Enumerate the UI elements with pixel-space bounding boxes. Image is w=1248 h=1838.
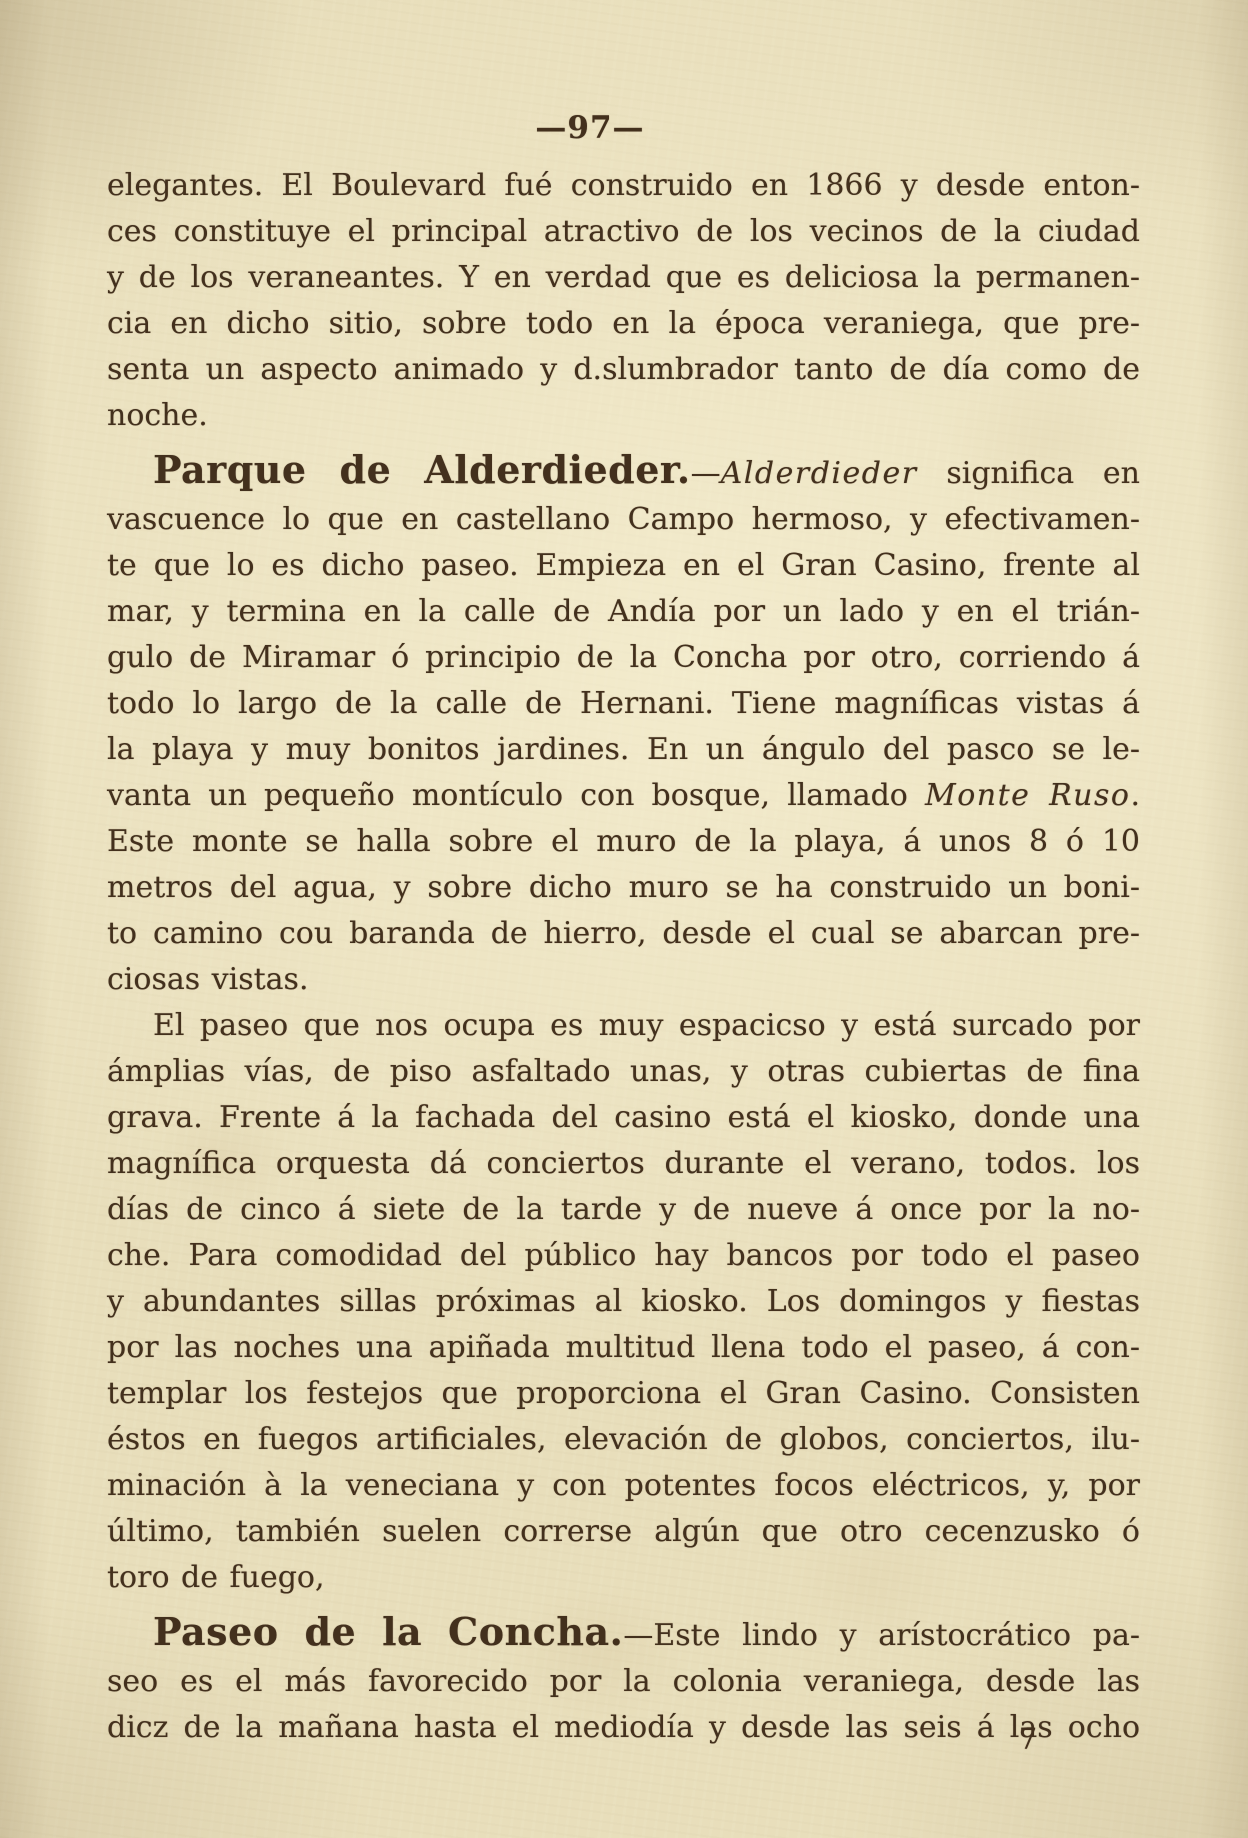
text-line: todo lo largo de la calle de Hernani. Ti…: [107, 681, 1140, 727]
text-line: y de los veraneantes. Y en verdad que es…: [107, 255, 1140, 301]
page-number: —97—: [0, 110, 1180, 146]
text-line: vascuence lo que en castellano Campo her…: [107, 497, 1140, 543]
text-line: Este monte se halla sobre el muro de la …: [107, 819, 1140, 865]
signature-mark: 7: [1008, 1722, 1048, 1756]
body-text: metros del agua, y sobre dicho muro se h…: [107, 870, 1140, 905]
text-line: seo es el más favorecido por la colonia …: [107, 1659, 1140, 1705]
body-text: templar los festejos que proporciona el …: [107, 1376, 1140, 1411]
body-text: —: [691, 456, 721, 491]
italic-text: Alderdieder: [721, 456, 918, 491]
text-line: por las noches una apiñada multitud llen…: [107, 1325, 1140, 1371]
body-text: El paseo que nos ocupa es muy espacicso …: [153, 1008, 1140, 1043]
body-text: Este monte se halla sobre el muro de la …: [107, 824, 1140, 859]
text-line: último, también suelen correrse algún qu…: [107, 1509, 1140, 1555]
book-page: —97— elegantes. El Boulevard fué constru…: [0, 0, 1248, 1838]
paragraph: Parque de Alderdieder.—Alderdieder signi…: [107, 447, 1140, 1003]
text-line: grava. Frente á la fachada del casino es…: [107, 1095, 1140, 1141]
body-text: .: [1130, 778, 1140, 813]
body-text: magnífica orquesta dá conciertos durante…: [107, 1146, 1140, 1181]
body-text: minación à la veneciana y con potentes f…: [107, 1468, 1140, 1503]
body-text: noche.: [107, 398, 208, 433]
body-text: grava. Frente á la fachada del casino es…: [107, 1100, 1140, 1135]
paragraph: elegantes. El Boulevard fué construido e…: [107, 163, 1140, 439]
heading-text: Paseo de la Concha.: [153, 1609, 623, 1654]
text-line: minación à la veneciana y con potentes f…: [107, 1463, 1140, 1509]
text-line: noche.: [107, 393, 1140, 439]
text-line: che. Para comodidad del público hay banc…: [107, 1233, 1140, 1279]
body-text: vascuence lo que en castellano Campo her…: [107, 502, 1140, 537]
text-line: senta un aspecto animado y d.slumbrador …: [107, 347, 1140, 393]
paragraph: Paseo de la Concha.—Este lindo y arístoc…: [107, 1609, 1140, 1751]
body-text: éstos en fuegos artificiales, elevación …: [107, 1422, 1140, 1457]
body-text: —Este lindo y arístocrático pa-: [623, 1618, 1140, 1653]
body-text: significa en: [918, 456, 1140, 491]
body-text: seo es el más favorecido por la colonia …: [107, 1664, 1140, 1699]
body-text: senta un aspecto animado y d.slumbrador …: [107, 352, 1140, 387]
body-text: último, también suelen correrse algún qu…: [107, 1514, 1140, 1549]
text-line: toro de fuego,: [107, 1555, 1140, 1601]
body-text: cia en dicho sitio, sobre todo en la épo…: [107, 306, 1140, 341]
body-text: dicz de la mañana hasta el mediodía y de…: [107, 1710, 1140, 1745]
body-text: ámplias vías, de piso asfaltado unas, y …: [107, 1054, 1140, 1089]
italic-text: Monte Ruso: [925, 778, 1130, 813]
heading-line: Parque de Alderdieder.—Alderdieder signi…: [107, 447, 1140, 497]
text-line: metros del agua, y sobre dicho muro se h…: [107, 865, 1140, 911]
text-line: ámplias vías, de piso asfaltado unas, y …: [107, 1049, 1140, 1095]
paragraph: El paseo que nos ocupa es muy espacicso …: [107, 1003, 1140, 1601]
text-line: te que lo es dicho paseo. Empieza en el …: [107, 543, 1140, 589]
text-line: dicz de la mañana hasta el mediodía y de…: [107, 1705, 1140, 1751]
text-line: gulo de Miramar ó principio de la Concha…: [107, 635, 1140, 681]
body-text: ciosas vistas.: [107, 962, 308, 997]
text-line: la playa y muy bonitos jardines. En un á…: [107, 727, 1140, 773]
text-line: ces constituye el principal atractivo de…: [107, 209, 1140, 255]
body-text: la playa y muy bonitos jardines. En un á…: [107, 732, 1140, 767]
body-text: días de cinco á siete de la tarde y de n…: [107, 1192, 1140, 1227]
body-text: y de los veraneantes. Y en verdad que es…: [107, 260, 1140, 295]
body-text: ces constituye el principal atractivo de…: [107, 214, 1140, 249]
body-text: che. Para comodidad del público hay banc…: [107, 1238, 1140, 1273]
body-text: toro de fuego,: [107, 1560, 325, 1595]
text-line: cia en dicho sitio, sobre todo en la épo…: [107, 301, 1140, 347]
body-text: y abundantes sillas próximas al kiosko. …: [107, 1284, 1140, 1319]
body-text: to camino cou baranda de hierro, desde e…: [107, 916, 1140, 951]
text-line: y abundantes sillas próximas al kiosko. …: [107, 1279, 1140, 1325]
body-text: todo lo largo de la calle de Hernani. Ti…: [107, 686, 1140, 721]
heading-text: Parque de Alderdieder.: [153, 447, 691, 492]
text-line: vanta un pequeño montículo con bosque, l…: [107, 773, 1140, 819]
text-line: to camino cou baranda de hierro, desde e…: [107, 911, 1140, 957]
body-text: vanta un pequeño montículo con bosque, l…: [107, 778, 925, 813]
text-line: El paseo que nos ocupa es muy espacicso …: [107, 1003, 1140, 1049]
text-line: templar los festejos que proporciona el …: [107, 1371, 1140, 1417]
body-text: mar, y termina en la calle de Andía por …: [107, 594, 1140, 629]
text-block: elegantes. El Boulevard fué construido e…: [107, 163, 1140, 1751]
body-text: te que lo es dicho paseo. Empieza en el …: [107, 548, 1140, 583]
text-line: días de cinco á siete de la tarde y de n…: [107, 1187, 1140, 1233]
body-text: gulo de Miramar ó principio de la Concha…: [107, 640, 1140, 675]
text-line: mar, y termina en la calle de Andía por …: [107, 589, 1140, 635]
heading-line: Paseo de la Concha.—Este lindo y arístoc…: [107, 1609, 1140, 1659]
text-line: éstos en fuegos artificiales, elevación …: [107, 1417, 1140, 1463]
body-text: por las noches una apiñada multitud llen…: [107, 1330, 1140, 1365]
body-text: elegantes. El Boulevard fué construido e…: [107, 168, 1140, 203]
text-line: elegantes. El Boulevard fué construido e…: [107, 163, 1140, 209]
text-line: magnífica orquesta dá conciertos durante…: [107, 1141, 1140, 1187]
text-line: ciosas vistas.: [107, 957, 1140, 1003]
